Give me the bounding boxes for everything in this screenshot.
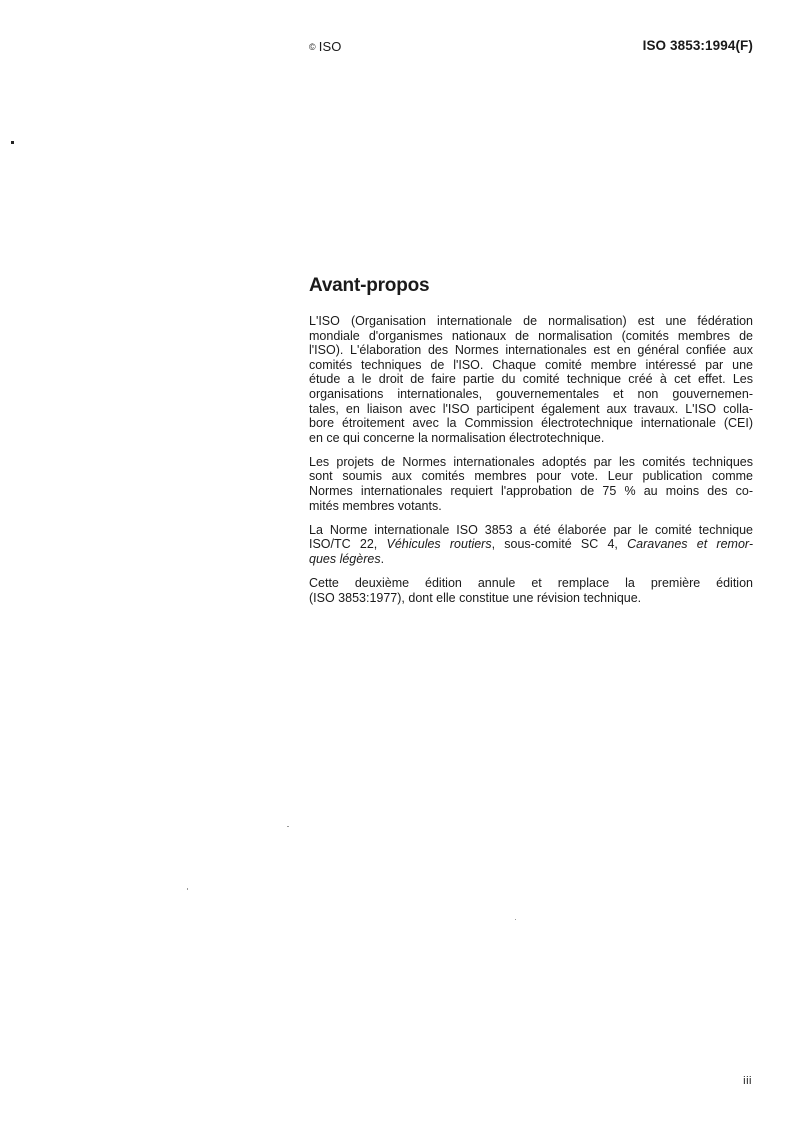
subcommittee-text: , sous-comité SC 4, — [492, 537, 628, 551]
section-title: Avant-propos — [309, 275, 429, 297]
paragraph-voting: Les projets de Normes internationales ad… — [309, 455, 753, 513]
paragraph-edition: Cette deuxième édition annule et remplac… — [309, 576, 753, 605]
word: édition — [716, 576, 753, 591]
text-line: ISO/TC 22, Véhicules routiers, sous-comi… — [309, 537, 753, 552]
word: deuxième — [355, 576, 409, 591]
committee-text: ISO/TC 22, — [309, 537, 386, 551]
text-line: tales, en liaison avec l'ISO participent… — [309, 402, 753, 417]
text-line: mondiale d'organismes nationaux de norma… — [309, 329, 753, 344]
paragraph-committee: La Norme internationale ISO 3853 a été é… — [309, 523, 753, 567]
foreword-body: L'ISO (Organisation internationale de no… — [309, 314, 753, 615]
text-line: Les projets de Normes internationales ad… — [309, 455, 753, 470]
word: annule — [478, 576, 516, 591]
subcommittee-name: Caravanes et remor- — [627, 537, 753, 551]
scan-speck — [287, 826, 289, 827]
text-line: L'ISO (Organisation internationale de no… — [309, 314, 753, 329]
scan-speck — [187, 888, 188, 890]
subcommittee-name-cont: ques légères — [309, 552, 381, 566]
period: . — [381, 552, 384, 566]
word: la — [625, 576, 635, 591]
text-line: (ISO 3853:1977), dont elle constitue une… — [309, 591, 753, 606]
text-line: comités techniques de l'ISO. Chaque comi… — [309, 358, 753, 373]
word: et — [531, 576, 541, 591]
committee-name: Véhicules routiers — [386, 537, 491, 551]
text-line: organisations internationales, gouvernem… — [309, 387, 753, 402]
word: première — [651, 576, 700, 591]
text-line: ques légères. — [309, 552, 753, 567]
word: remplace — [558, 576, 609, 591]
copyright-owner: ISO — [319, 39, 342, 54]
text-line: bore étroitement avec la Commission élec… — [309, 416, 753, 431]
word: édition — [425, 576, 462, 591]
word: Cette — [309, 576, 339, 591]
text-line: en ce qui concerne la normalisation élec… — [309, 431, 753, 446]
text-line: La Norme internationale ISO 3853 a été é… — [309, 523, 753, 538]
page-number: iii — [743, 1075, 752, 1087]
text-line: mités membres votants. — [309, 499, 753, 514]
scan-speck — [515, 919, 516, 920]
copyright-notice: ©ISO — [309, 39, 341, 54]
text-line: l'ISO). L'élaboration des Normes interna… — [309, 343, 753, 358]
scan-speck — [11, 141, 14, 144]
document-id: ISO 3853:1994(F) — [643, 38, 753, 53]
text-line: étude a le droit de faire partie du comi… — [309, 372, 753, 387]
copyright-icon: © — [309, 42, 316, 52]
text-line: Cette deuxième édition annule et remplac… — [309, 576, 753, 591]
text-line: Normes internationales requiert l'approb… — [309, 484, 753, 499]
paragraph-iso-overview: L'ISO (Organisation internationale de no… — [309, 314, 753, 445]
text-line: sont soumis aux comités membres pour vot… — [309, 469, 753, 484]
